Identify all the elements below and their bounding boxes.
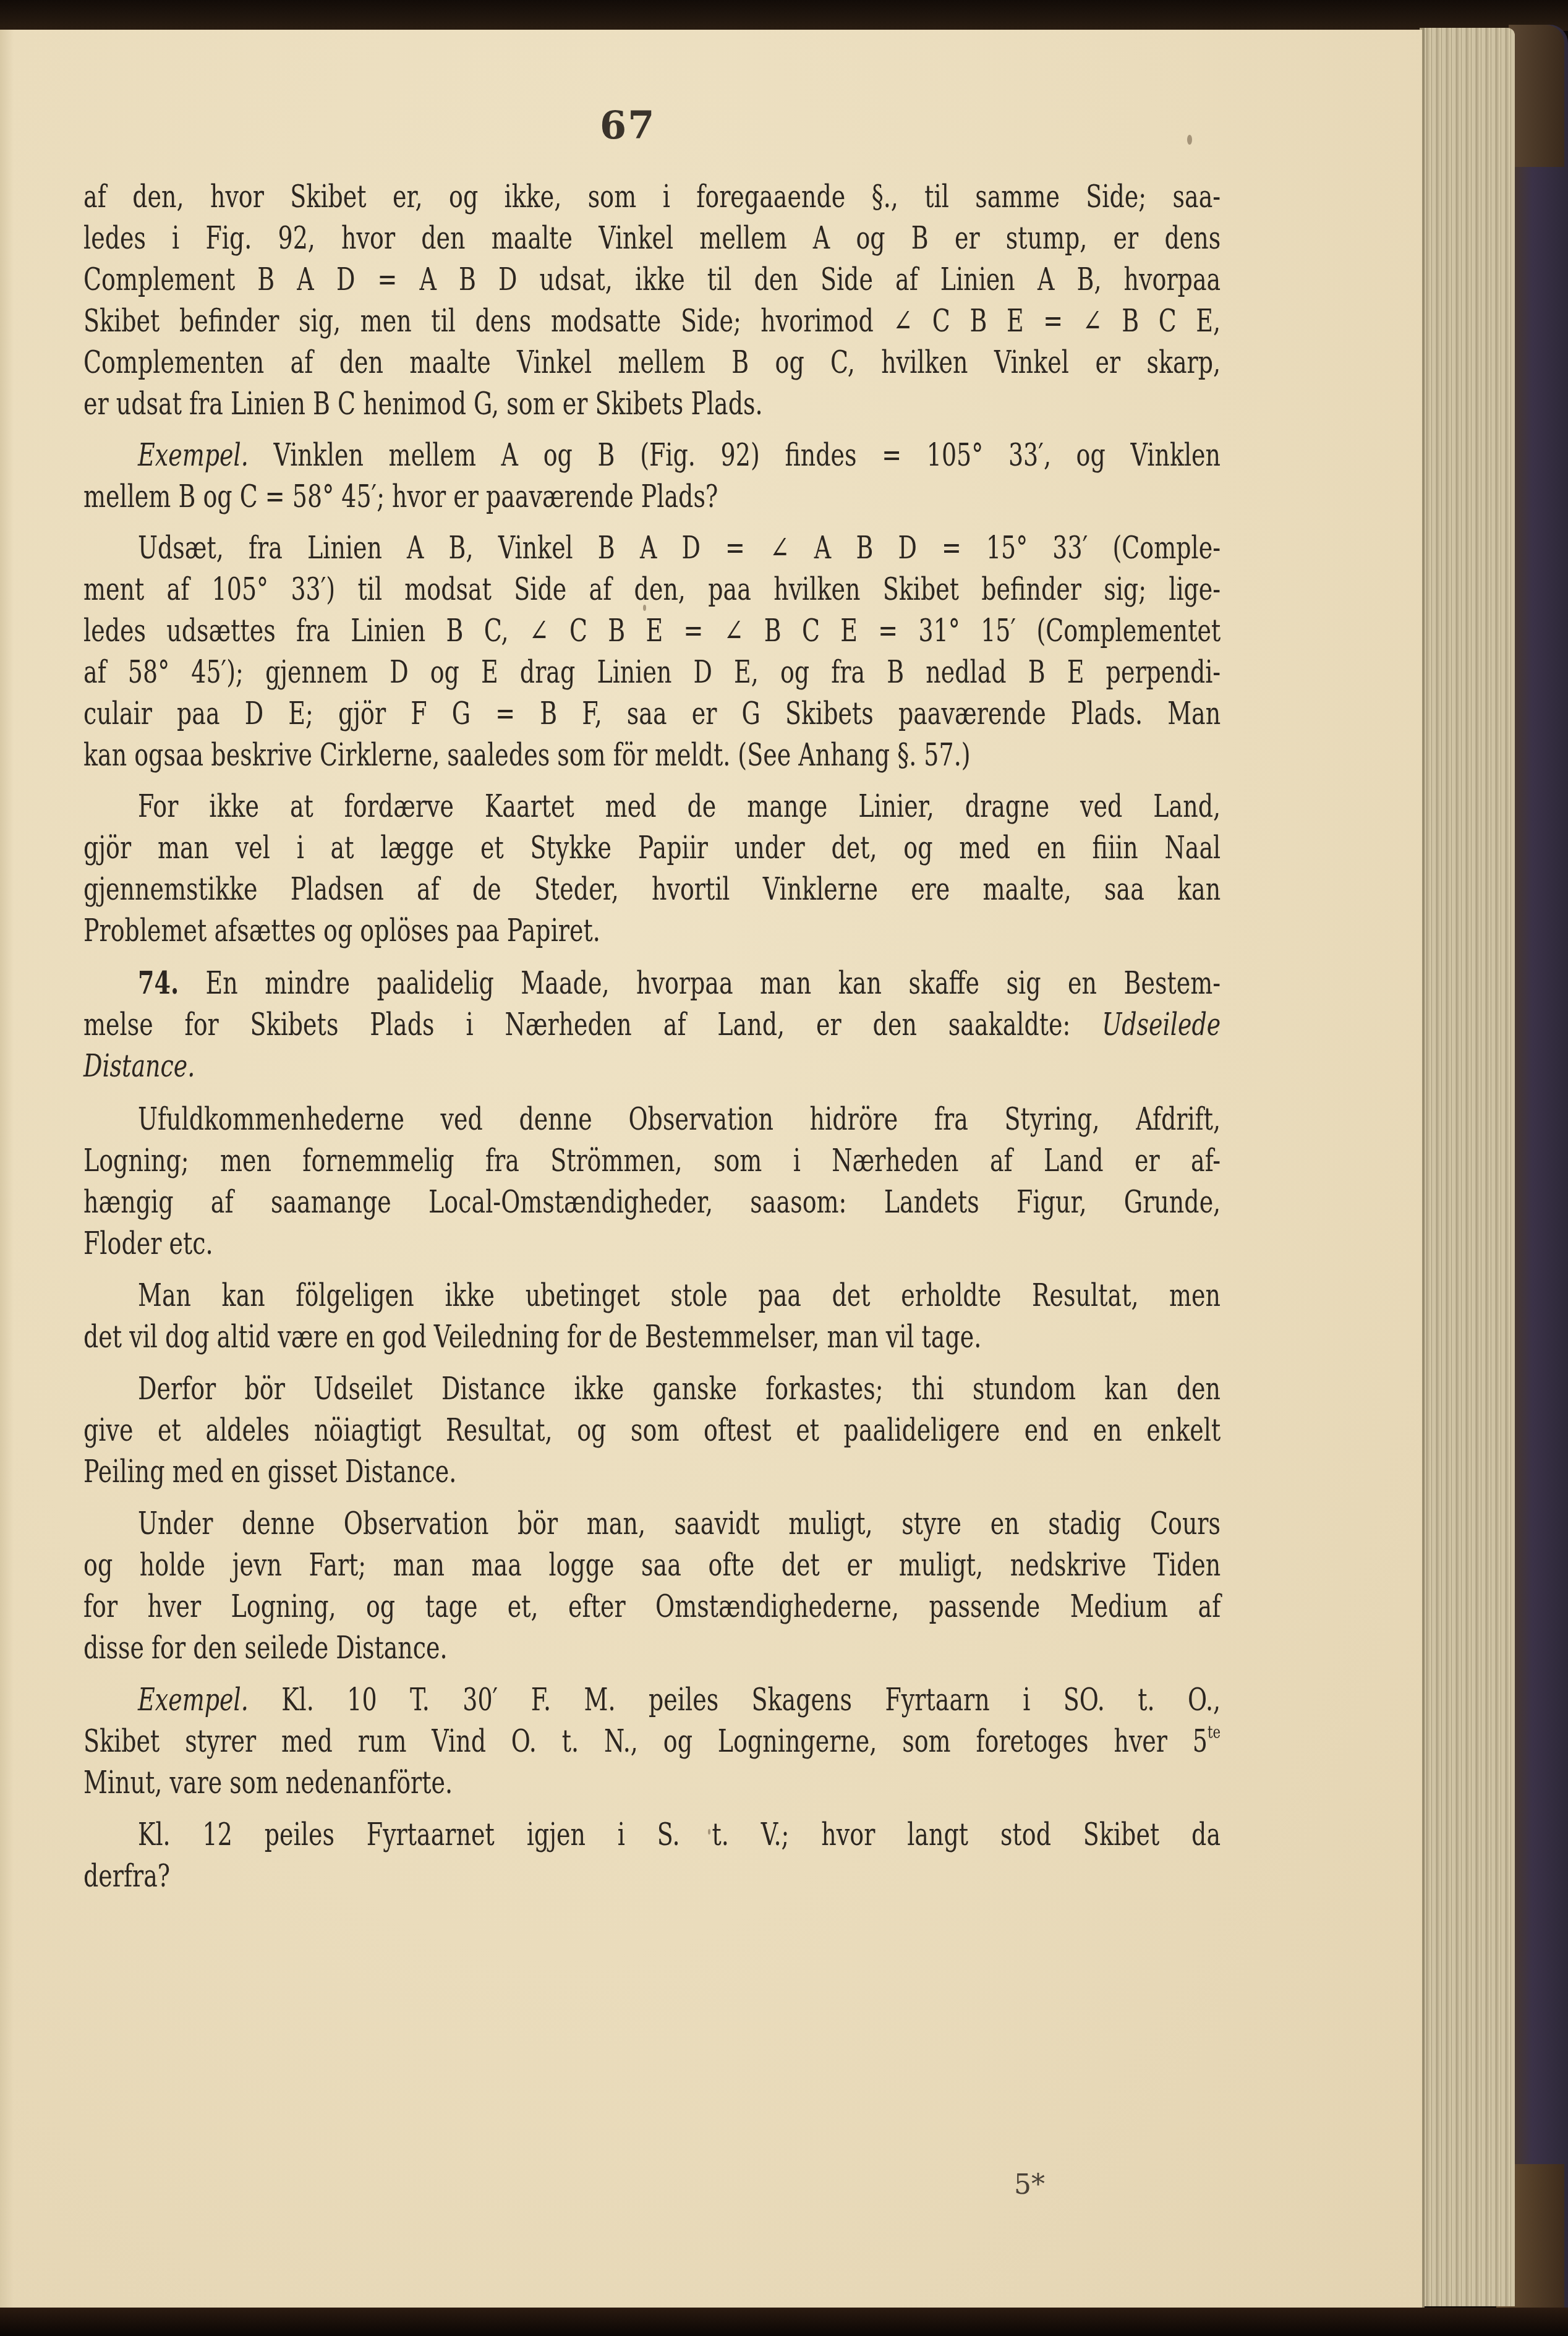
signature-mark: 5* — [1014, 2169, 1045, 2201]
scan-frame-top — [0, 0, 1568, 31]
text-line: disse for den seilede Distance. — [83, 1629, 1221, 1666]
book-cover-corner — [1509, 25, 1564, 167]
book-page-edges — [1422, 28, 1515, 2306]
text-line: gjennemstikke Pladsen af de Steder, hvor… — [83, 871, 1221, 908]
text-line: Problemet afsættes og oplöses paa Papire… — [83, 912, 1221, 949]
text-line: culair paa D E; gjör F G = B F, saa er G… — [83, 695, 1221, 732]
text-line: melse for Skibets Plads i Nærheden af La… — [83, 1006, 1221, 1043]
page-left-shade — [0, 30, 14, 2310]
text-line: mellem B og C = 58° 45′; hvor er paavære… — [83, 478, 1221, 515]
text-line: Under denne Observation bör man, saavidt… — [138, 1505, 1221, 1542]
text-line: give et aldeles nöiagtigt Resultat, og s… — [83, 1412, 1221, 1449]
section-74-line: 74. En mindre paalidelig Maade, hvorpaa … — [138, 965, 1221, 1002]
text-line: Peiling med en gisset Distance. — [83, 1453, 1221, 1490]
example-label: Exempel. — [138, 437, 249, 473]
text-line: er udsat fra Linien B C henimod G, som e… — [83, 385, 1221, 422]
text-line: og holde jevn Fart; man maa logge saa of… — [83, 1546, 1221, 1584]
text-line: Derfor bör Udseilet Distance ikke ganske… — [138, 1370, 1221, 1407]
example-line: Exempel. Vinklen mellem A og B (Fig. 92)… — [138, 437, 1221, 474]
text-line: for hver Logning, og tage et, efter Omst… — [83, 1588, 1221, 1625]
example-line: Exempel. Kl. 10 T. 30′ F. M. peiles Skag… — [138, 1681, 1221, 1718]
term-udseilede: Udseilede — [1102, 1007, 1221, 1042]
page-number: 67 — [600, 103, 655, 148]
paper-spot — [708, 1829, 710, 1835]
text-line: For ikke at fordærve Kaartet med de mang… — [138, 788, 1221, 825]
text-line: Complement B A D = A B D udsat, ikke til… — [83, 261, 1221, 298]
text-line: Floder etc. — [83, 1225, 1221, 1262]
text-line: Ufuldkommenhederne ved denne Observation… — [138, 1101, 1221, 1138]
example-label: Exempel. — [138, 1682, 249, 1718]
text-line: hængig af saamange Local-Omstændigheder,… — [83, 1183, 1221, 1221]
text-line: kan ogsaa beskrive Cirklerne, saaledes s… — [83, 736, 1221, 774]
text-line: Skibet befinder sig, men til dens modsat… — [83, 302, 1221, 339]
text-line: Udsæt, fra Linien A B, Vinkel B A D = ∠ … — [138, 529, 1221, 566]
book-page: 67 af den, hvor Skibet er, og ikke, som … — [0, 30, 1422, 2310]
text-line: derfra? — [83, 1857, 1221, 1895]
text-line: ledes i Fig. 92, hvor den maalte Vinkel … — [83, 220, 1221, 257]
text-line: af den, hvor Skibet er, og ikke, som i f… — [83, 178, 1221, 215]
paper-spot — [643, 605, 646, 611]
section-number: 74. — [138, 965, 179, 1001]
text-line: ledes udsættes fra Linien B C, ∠ C B E =… — [83, 612, 1221, 649]
scan-frame-bottom — [0, 2308, 1568, 2336]
text-line: Distance. — [83, 1047, 1221, 1085]
text-line: Complementen af den maalte Vinkel mellem… — [83, 344, 1221, 381]
text-line: af 58° 45′); gjennem D og E drag Linien … — [83, 654, 1221, 691]
text-line: Logning; men fornemmelig fra Strömmen, s… — [83, 1142, 1221, 1179]
text-line: det vil dog altid være en god Veiledning… — [83, 1318, 1221, 1355]
text-line: Skibet styrer med rum Vind O. t. N., og … — [83, 1723, 1221, 1760]
text-line: ment af 105° 33′) til modsat Side af den… — [83, 571, 1221, 608]
text-line: Kl. 12 peiles Fyrtaarnet igjen i S. t. V… — [138, 1816, 1221, 1853]
book-cover — [1509, 25, 1568, 2313]
text-line: Minut, vare som nedenanförte. — [83, 1764, 1221, 1801]
text-line: Man kan fölgeligen ikke ubetinget stole … — [138, 1277, 1221, 1314]
paper-spot — [1187, 135, 1192, 145]
text-line: gjör man vel i at lægge et Stykke Papiir… — [83, 829, 1221, 866]
term-distance: Distance. — [83, 1048, 195, 1084]
